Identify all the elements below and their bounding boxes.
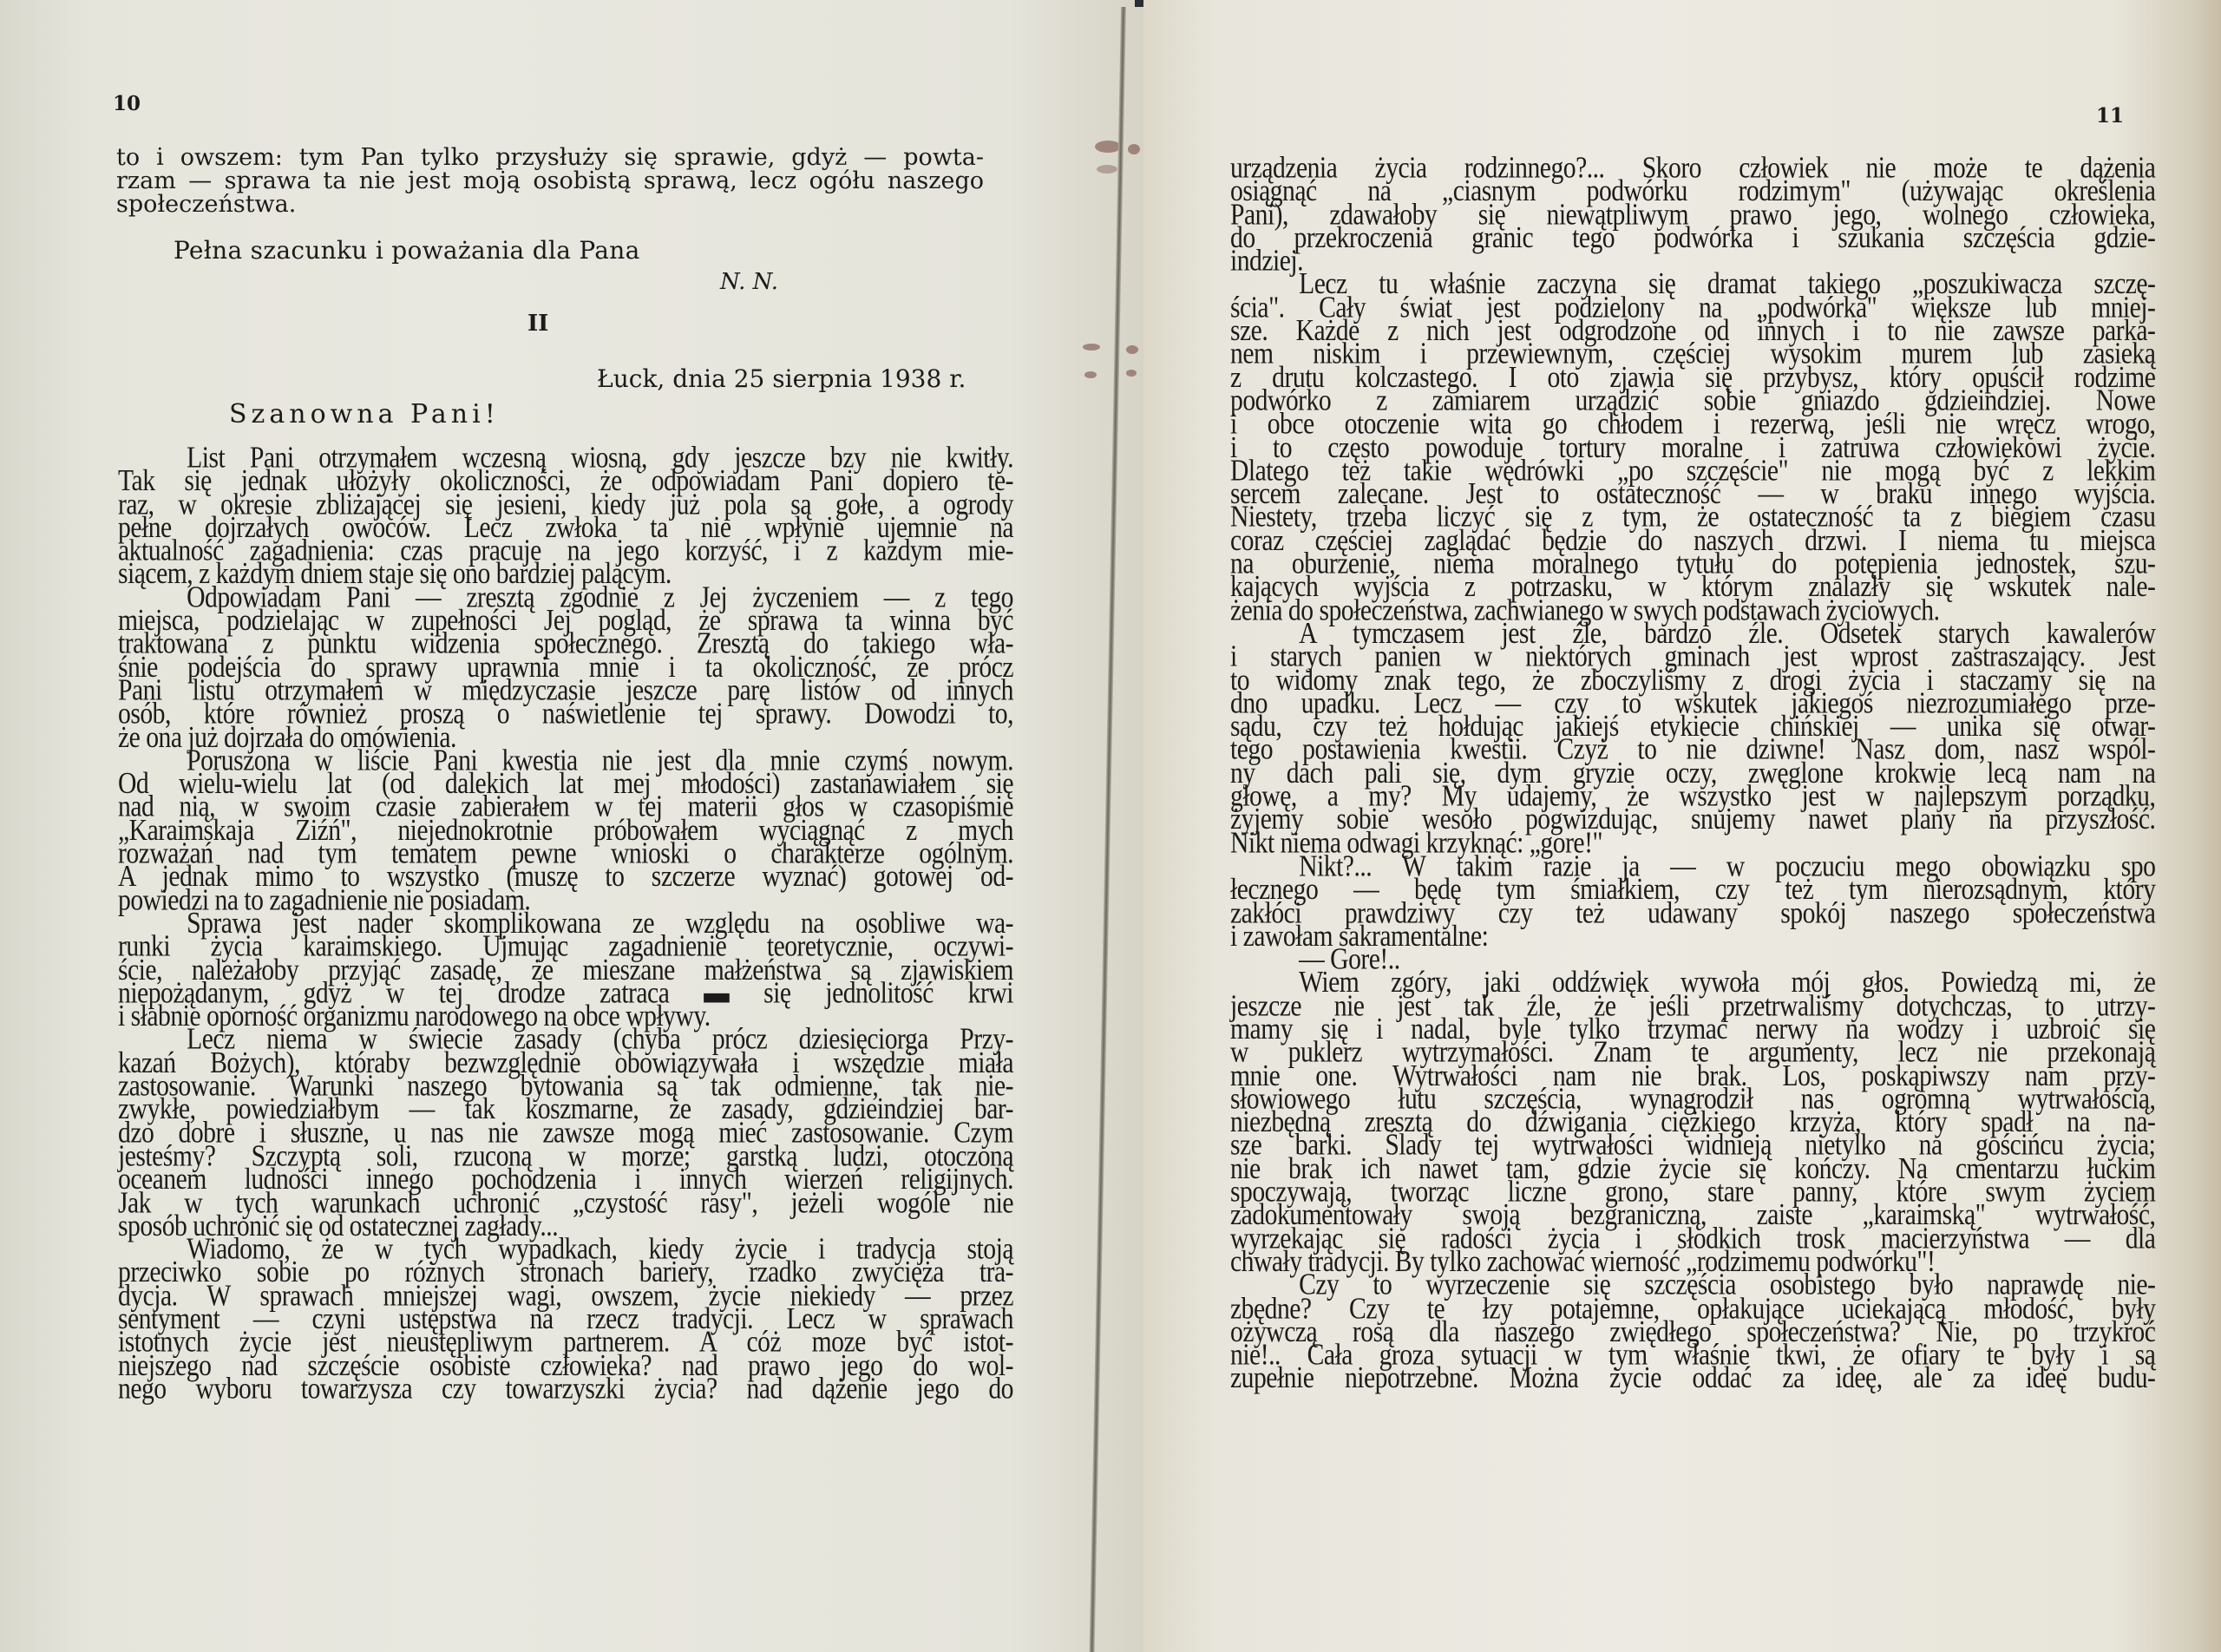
text-line: nego wyboru towarzysza czy towarzyszki ż… — [118, 1377, 1013, 1400]
letter-body-right: urządzenia życia rodzinnego?... Skoro cz… — [1230, 156, 2155, 1390]
left-page: 10 to i owszem: tym Pan tylko przysłuży … — [0, 0, 1143, 1652]
salutation: Szanowna Pani! — [229, 399, 500, 429]
text-line: do przekroczenia granic tego podwórka i … — [1230, 226, 2155, 249]
paper-stain — [1126, 370, 1137, 377]
right-page: 11 urządzenia życia rodzinnego?... Skoro… — [1143, 0, 2221, 1652]
page-number-right: 11 — [2096, 104, 2124, 128]
paper-stain — [1097, 165, 1117, 174]
book-spread: 10 to i owszem: tym Pan tylko przysłuży … — [0, 0, 2221, 1652]
text-line: społeczeństwa. — [116, 193, 984, 216]
page-number-left: 10 — [113, 92, 141, 115]
dateline: Łuck, dnia 25 sierpnia 1938 r. — [597, 364, 966, 393]
section-numeral: II — [527, 311, 548, 337]
paper-stain — [1095, 141, 1121, 153]
closing-line: Pełna szacunku i poważania dla Pana — [174, 236, 640, 265]
paper-stain — [1083, 344, 1100, 351]
text-line: rzam — sprawa ta nie jest moją osobistą … — [116, 169, 984, 193]
paper-stain — [1084, 371, 1097, 378]
letter-body-left: List Pani otrzymałem wczesną wiosną, gdy… — [118, 446, 1013, 1400]
text-line: to i owszem: tym Pan tylko przysłuży się… — [116, 146, 984, 169]
letter-ending: to i owszem: tym Pan tylko przysłuży się… — [116, 146, 984, 216]
paper-stain — [1128, 144, 1140, 154]
text-line: zupełnie niepotrzebne. Można życie oddać… — [1230, 1367, 2155, 1390]
paper-stain — [1126, 345, 1138, 354]
signature: N. N. — [720, 269, 778, 295]
